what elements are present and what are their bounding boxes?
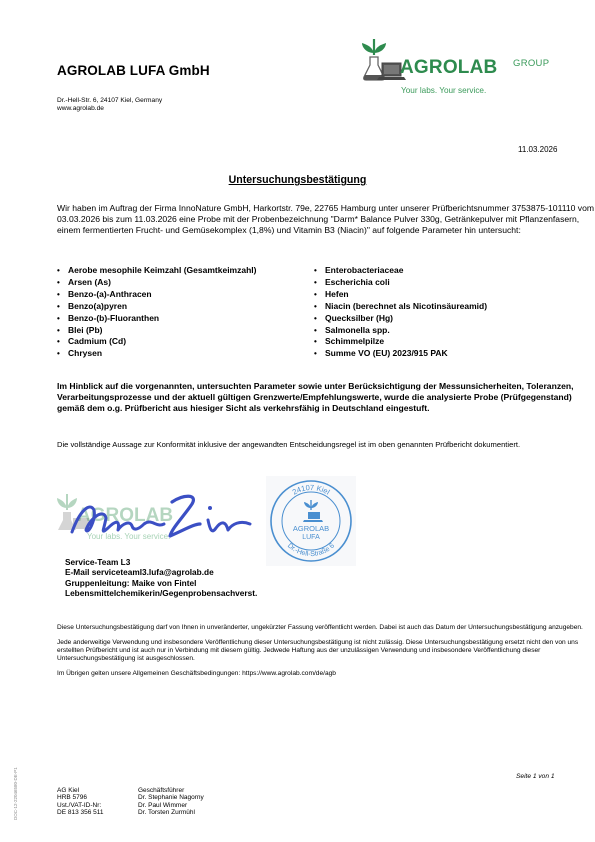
- parameter-item: Aerobe mesophile Keimzahl (Gesamtkeimzah…: [57, 265, 256, 277]
- signature-icon: [60, 480, 260, 560]
- document-title: Untersuchungsbestätigung: [0, 174, 595, 186]
- page-number: Seite 1 von 1: [516, 773, 555, 780]
- document-date: 11.03.2026: [518, 145, 557, 154]
- footer-line: Dr. Stephanie Nagorny: [138, 794, 204, 801]
- company-address: Dr.-Hell-Str. 6, 24107 Kiel, Germany: [57, 97, 162, 105]
- parameter-item: Niacin (berechnet als Nicotinsäureamid): [314, 301, 487, 313]
- parameter-item: Blei (Pb): [57, 325, 256, 337]
- parameter-list-right: Enterobacteriaceae Escherichia coli Hefe…: [314, 265, 487, 360]
- legal-notices: Diese Untersuchungsbestätigung darf von …: [57, 624, 595, 685]
- footer-line: Dr. Paul Wimmer: [138, 802, 204, 809]
- document-title-text: Untersuchungsbestätigung: [229, 174, 367, 186]
- conformity-note: Die vollständige Aussage zur Konformität…: [57, 440, 595, 449]
- parameter-item: Quecksilber (Hg): [314, 313, 487, 325]
- logo-group: GROUP: [513, 58, 549, 69]
- parameter-item: Benzo-(a)-Anthracen: [57, 289, 256, 301]
- service-team-block: Service-Team L3 E-Mail serviceteaml3.luf…: [65, 557, 257, 599]
- company-website: www.agrolab.de: [57, 105, 162, 113]
- parameter-item: Cadmium (Cd): [57, 336, 256, 348]
- conclusion-paragraph: Im Hinblick auf die vorgenannten, unters…: [57, 381, 595, 413]
- intro-paragraph: Wir haben im Auftrag der Firma InnoNatur…: [57, 203, 595, 235]
- team-email: E-Mail serviceteaml3.lufa@agrolab.de: [65, 567, 257, 577]
- footer-line: Geschäftsführer: [138, 787, 204, 794]
- parameter-item: Schimmelpilze: [314, 336, 487, 348]
- document-id: DOC-12-22046580-DE-P1: [13, 767, 18, 820]
- parameter-item: Summe VO (EU) 2023/915 PAK: [314, 348, 487, 360]
- parameter-item: Escherichia coli: [314, 277, 487, 289]
- logo-tagline: Your labs. Your service.: [401, 86, 486, 95]
- stamp-name-line2: LUFA: [302, 534, 320, 541]
- team-role: Lebensmittelchemikerin/Gegenprobensachve…: [65, 588, 257, 598]
- footer-line: Ust./VAT-ID-Nr:: [57, 802, 104, 809]
- logo-wordmark: AGROLAB: [400, 57, 497, 79]
- notice-restrictions: Jede anderweitige Verwendung und insbeso…: [57, 639, 595, 662]
- footer-line: Dr. Torsten Zurmühl: [138, 809, 204, 816]
- team-lead: Gruppenleitung: Maike von Fintel: [65, 578, 257, 588]
- footer-line: DE 813 356 511: [57, 809, 104, 816]
- parameter-item: Chrysen: [57, 348, 256, 360]
- footer-registration: AG Kiel HRB 5796 Ust./VAT-ID-Nr: DE 813 …: [57, 787, 104, 816]
- notice-publication: Diese Untersuchungsbestätigung darf von …: [57, 624, 595, 632]
- stamp-name-line1: AGROLAB: [293, 524, 329, 533]
- footer-management: Geschäftsführer Dr. Stephanie Nagorny Dr…: [138, 787, 204, 816]
- footer-line: AG Kiel: [57, 787, 104, 794]
- footer-line: HRB 5796: [57, 794, 104, 801]
- company-name: AGROLAB LUFA GmbH: [57, 63, 210, 78]
- parameter-item: Hefen: [314, 289, 487, 301]
- official-stamp-icon: 24107 Kiel Dr.-Hell-Straße 6 AGROLAB LUF…: [266, 476, 356, 566]
- team-name: Service-Team L3: [65, 557, 257, 567]
- parameter-item: Benzo(a)pyren: [57, 301, 256, 313]
- notice-terms: Im Übrigen gelten unsere Allgemeinen Ges…: [57, 670, 595, 678]
- parameter-item: Arsen (As): [57, 277, 256, 289]
- parameter-item: Benzo-(b)-Fluoranthen: [57, 313, 256, 325]
- company-address-block: Dr.-Hell-Str. 6, 24107 Kiel, Germany www…: [57, 97, 162, 113]
- parameter-list-left: Aerobe mesophile Keimzahl (Gesamtkeimzah…: [57, 265, 256, 360]
- parameter-item: Salmonella spp.: [314, 325, 487, 337]
- parameter-item: Enterobacteriaceae: [314, 265, 487, 277]
